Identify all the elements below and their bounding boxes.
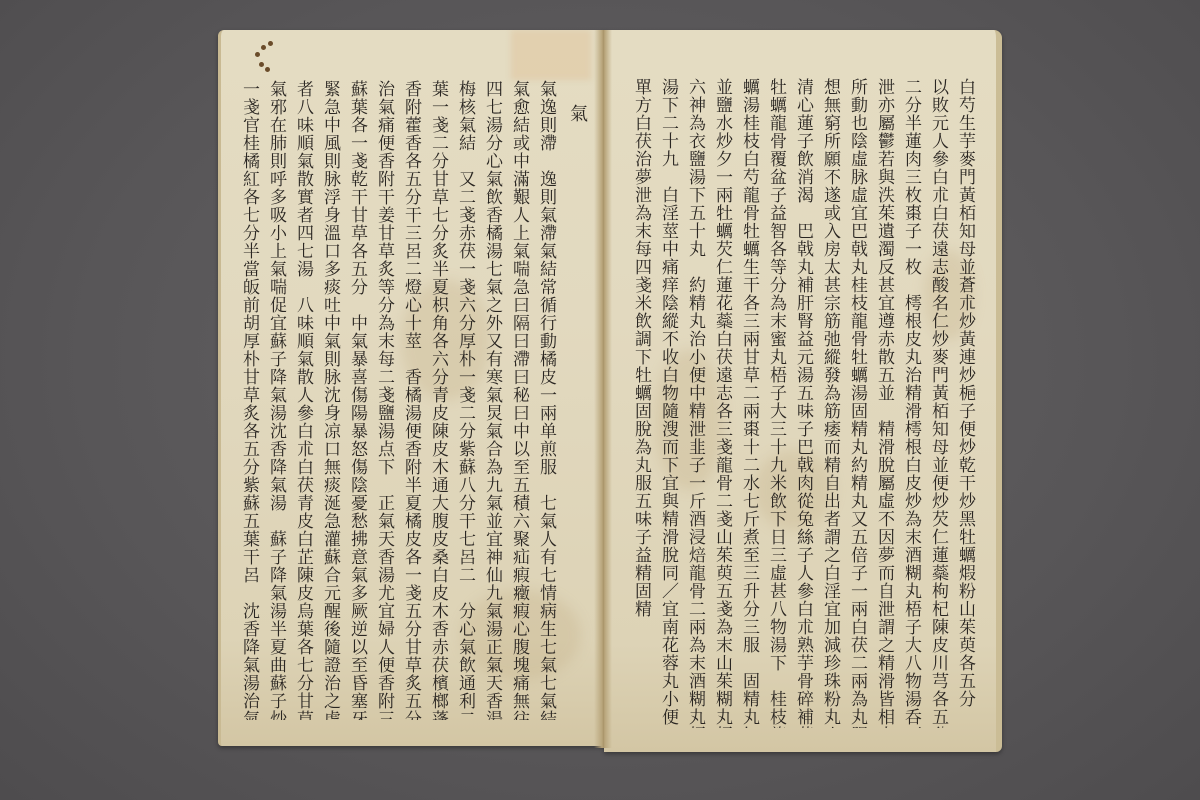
text-column: 六神為衣鹽湯下五十丸 約精丸治小便中精泄韭子一斤酒浸焙龍骨二兩為末酒糊丸梧子大空…: [681, 78, 708, 728]
left-page: 氣 氣逸則滯 逸則氣滯氣結常循行動橘皮一兩单煎服 七氣人有七情病生七氣七氣結則生…: [218, 30, 605, 746]
text-column: 一戔官桂橘紅各七分半當皈前胡厚朴甘草炙各五分紫蘇五葉干呂 沈香降氣湯治氣不升降: [235, 80, 262, 720]
text-column: 氣逸則滯 逸則氣滯氣結常循行動橘皮一兩单煎服 七氣人有七情病生七氣七氣結則生痰痰…: [532, 80, 559, 720]
faded-seal-stain: [511, 30, 591, 80]
text-column: 治氣痛便香附干姜甘草炙等分為末每二戔鹽湯点下 正氣天香湯尤宜婦人便香附三戔烏葉陳…: [370, 80, 397, 720]
text-column: 二分半蓮肉三枚棗子一枚 樗根皮丸治精滑樗根白皮炒為末酒糊丸梧子大八物湯呑下 夢: [897, 78, 924, 728]
text-column: 以敗元人參白朮白茯遠志酸名仁炒麥門黃栢知母並便炒芡仁蓮蘂枸杞陳皮川芎各五分升麻甘…: [924, 78, 951, 728]
text-column: 緊急中風則脉浮身溫口多痰吐中氣則脉沈身凉口無痰涎急灌蘇合元醒後隨證治之虛: [316, 80, 343, 720]
text-column: 想無窮所願不遂或入房太甚宗筋弛縱發為筋痿而精自出者謂之白淫宜加減珍珠粉丸小便: [816, 78, 843, 728]
right-page: 白芍生芋麥門黃栢知母並蒼朮炒黃連炒梔子便炒乾干炒黑牡蠣煆粉山茱萸各五分 以敗元人…: [604, 30, 1002, 752]
text-column: 單方白茯治夢泄為末每四戔米飲調下牡蠣固脫為丸服五味子益精固精: [627, 78, 654, 728]
text-column: 白芍生芋麥門黃栢知母並蒼朮炒黃連炒梔子便炒乾干炒黑牡蠣煆粉山茱萸各五分: [951, 78, 978, 728]
scan-background: 氣 氣逸則滯 逸則氣滯氣結常循行動橘皮一兩单煎服 七氣人有七情病生七氣七氣結則生…: [0, 0, 1200, 800]
text-column: 湯下二十九 白淫莖中痛痒陰縱不收白物隨溲而下宜與精滑脫同／宜南花蓉丸小便: [654, 78, 681, 728]
text-column: 泄亦屬鬱若與泆茱遺濁反甚宜遵赤散五並 精滑脫屬虛不因夢而自泄謂之精滑皆相火: [870, 78, 897, 728]
text-column: 葉一戔二分甘草七分炙半夏枳角各六分青皮陳皮木通大腹皮桑白皮木香赤茯檳榔蓬朮麥門吉…: [424, 80, 451, 720]
text-column: 氣愈結或中滿艱人上氣喘急曰隔曰滯曰秘曰中以至五積六聚疝瘕癥瘕心腹塊痛無往不至矣宜: [505, 80, 532, 720]
text-column: 四七湯分心氣飲香橘湯七氣之外又有寒氣炅氣合為九氣並宜神仙九氣湯正氣天香湯 四七湯…: [478, 80, 505, 720]
text-column: 牡蠣龍骨覆盆子益智各等分為末蜜丸梧子大三十九米飲下日三虛甚八物湯下 桂枝龍骨牡: [762, 78, 789, 728]
text-column: 清心蓮子飲消渴 巴戟丸補肝腎益元湯五味子巴戟肉從兔絲子人參白朮熟芋骨碎補茴香: [789, 78, 816, 728]
text-column: 所動也陰虛脉虛宜巴戟丸桂枝龍骨牡蠣湯固精丸約精丸又五倍子一兩白茯二兩為丸服炒妙黑: [843, 78, 870, 728]
right-text-columns: 白芍生芋麥門黃栢知母並蒼朮炒黃連炒梔子便炒乾干炒黑牡蠣煆粉山茱萸各五分 以敗元人…: [627, 78, 978, 728]
book-spread: 氣 氣逸則滯 逸則氣滯氣結常循行動橘皮一兩单煎服 七氣人有七情病生七氣七氣結則生…: [218, 30, 1008, 750]
text-column: 梅核氣結 又二戔赤茯一戔六分厚朴一戔二分紫蘇八分干七呂二 分心氣飲通利二便清而頭…: [451, 80, 478, 720]
text-column: 者八味順氣散實者四七湯 八味順氣散人參白朮白茯青皮白芷陳皮烏葉各七分甘草三分 上: [289, 80, 316, 720]
left-text-columns: 氣 氣逸則滯 逸則氣滯氣結常循行動橘皮一兩单煎服 七氣人有七情病生七氣七氣結則生…: [235, 80, 591, 720]
text-column: 蘇葉各一戔乾干甘草各五分 中氣暴喜傷陽暴怒傷陰憂愁拂意氣多厥逆以至昏塞牙閉: [343, 80, 370, 720]
text-column: 並鹽水炒夕一兩牡蠣芡仁蓮花蘂白茯遠志各三戔龍骨二戔山茱萸五戔為末山茱糊丸梧子大: [708, 78, 735, 728]
section-heading: 氣: [559, 80, 591, 744]
text-column: 香附藿香各五分干三呂二燈心十莖 香橘湯便香附半夏橘皮各一戔五分甘草炙五分干呂 神…: [397, 80, 424, 720]
text-column: 蠣湯桂枝白芍龍骨牡蠣生干各三兩甘草二兩棗十二水七斤煮至三升分三服 固精丸知母黃栢: [735, 78, 762, 728]
text-column: 氣邪在肺則呼多吸小上氣喘促宜蘇子降氣湯沈香降氣湯 蘇子降氣湯半夏曲蘇子炒研各: [262, 80, 289, 720]
book-gutter: [594, 30, 612, 748]
